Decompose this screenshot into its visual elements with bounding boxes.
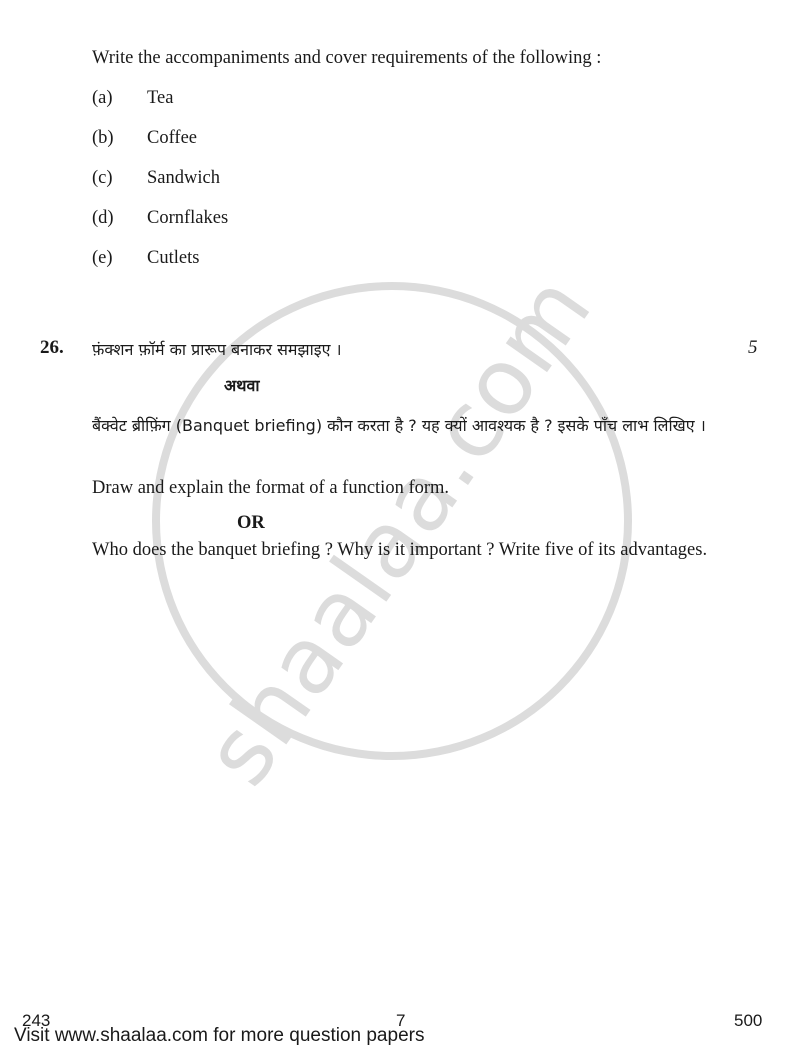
option-label: (e)	[92, 248, 147, 269]
english-alternative-question: Who does the banquet briefing ? Why is i…	[92, 538, 720, 563]
option-text: Cutlets	[147, 248, 199, 269]
option-text: Coffee	[147, 128, 197, 149]
print-count: 500	[734, 1011, 762, 1031]
english-question: Draw and explain the format of a functio…	[92, 478, 449, 499]
option-label: (c)	[92, 168, 147, 189]
question-marks: 5	[748, 337, 758, 359]
option-item: (b) Coffee	[92, 128, 197, 149]
option-item: (d) Cornflakes	[92, 208, 228, 229]
option-label: (a)	[92, 88, 147, 109]
english-or-separator: OR	[237, 513, 265, 534]
hindi-or-separator: अथवा	[224, 374, 260, 396]
option-label: (d)	[92, 208, 147, 229]
question-number: 26.	[40, 337, 64, 359]
visit-link-text[interactable]: Visit www.shaalaa.com for more question …	[14, 1025, 424, 1047]
option-text: Sandwich	[147, 168, 220, 189]
option-item: (a) Tea	[92, 88, 173, 109]
option-text: Tea	[147, 88, 173, 109]
option-item: (e) Cutlets	[92, 248, 199, 269]
option-item: (c) Sandwich	[92, 168, 220, 189]
hindi-question: फ़ंक्शन फ़ॉर्म का प्रारूप बनाकर समझाइए ।	[92, 338, 342, 360]
hindi-alternative-question: बैंक्वेट ब्रीफ़िंग (Banquet briefing) कौ…	[92, 410, 722, 441]
option-text: Cornflakes	[147, 208, 228, 229]
question-instruction: Write the accompaniments and cover requi…	[92, 48, 601, 69]
option-label: (b)	[92, 128, 147, 149]
